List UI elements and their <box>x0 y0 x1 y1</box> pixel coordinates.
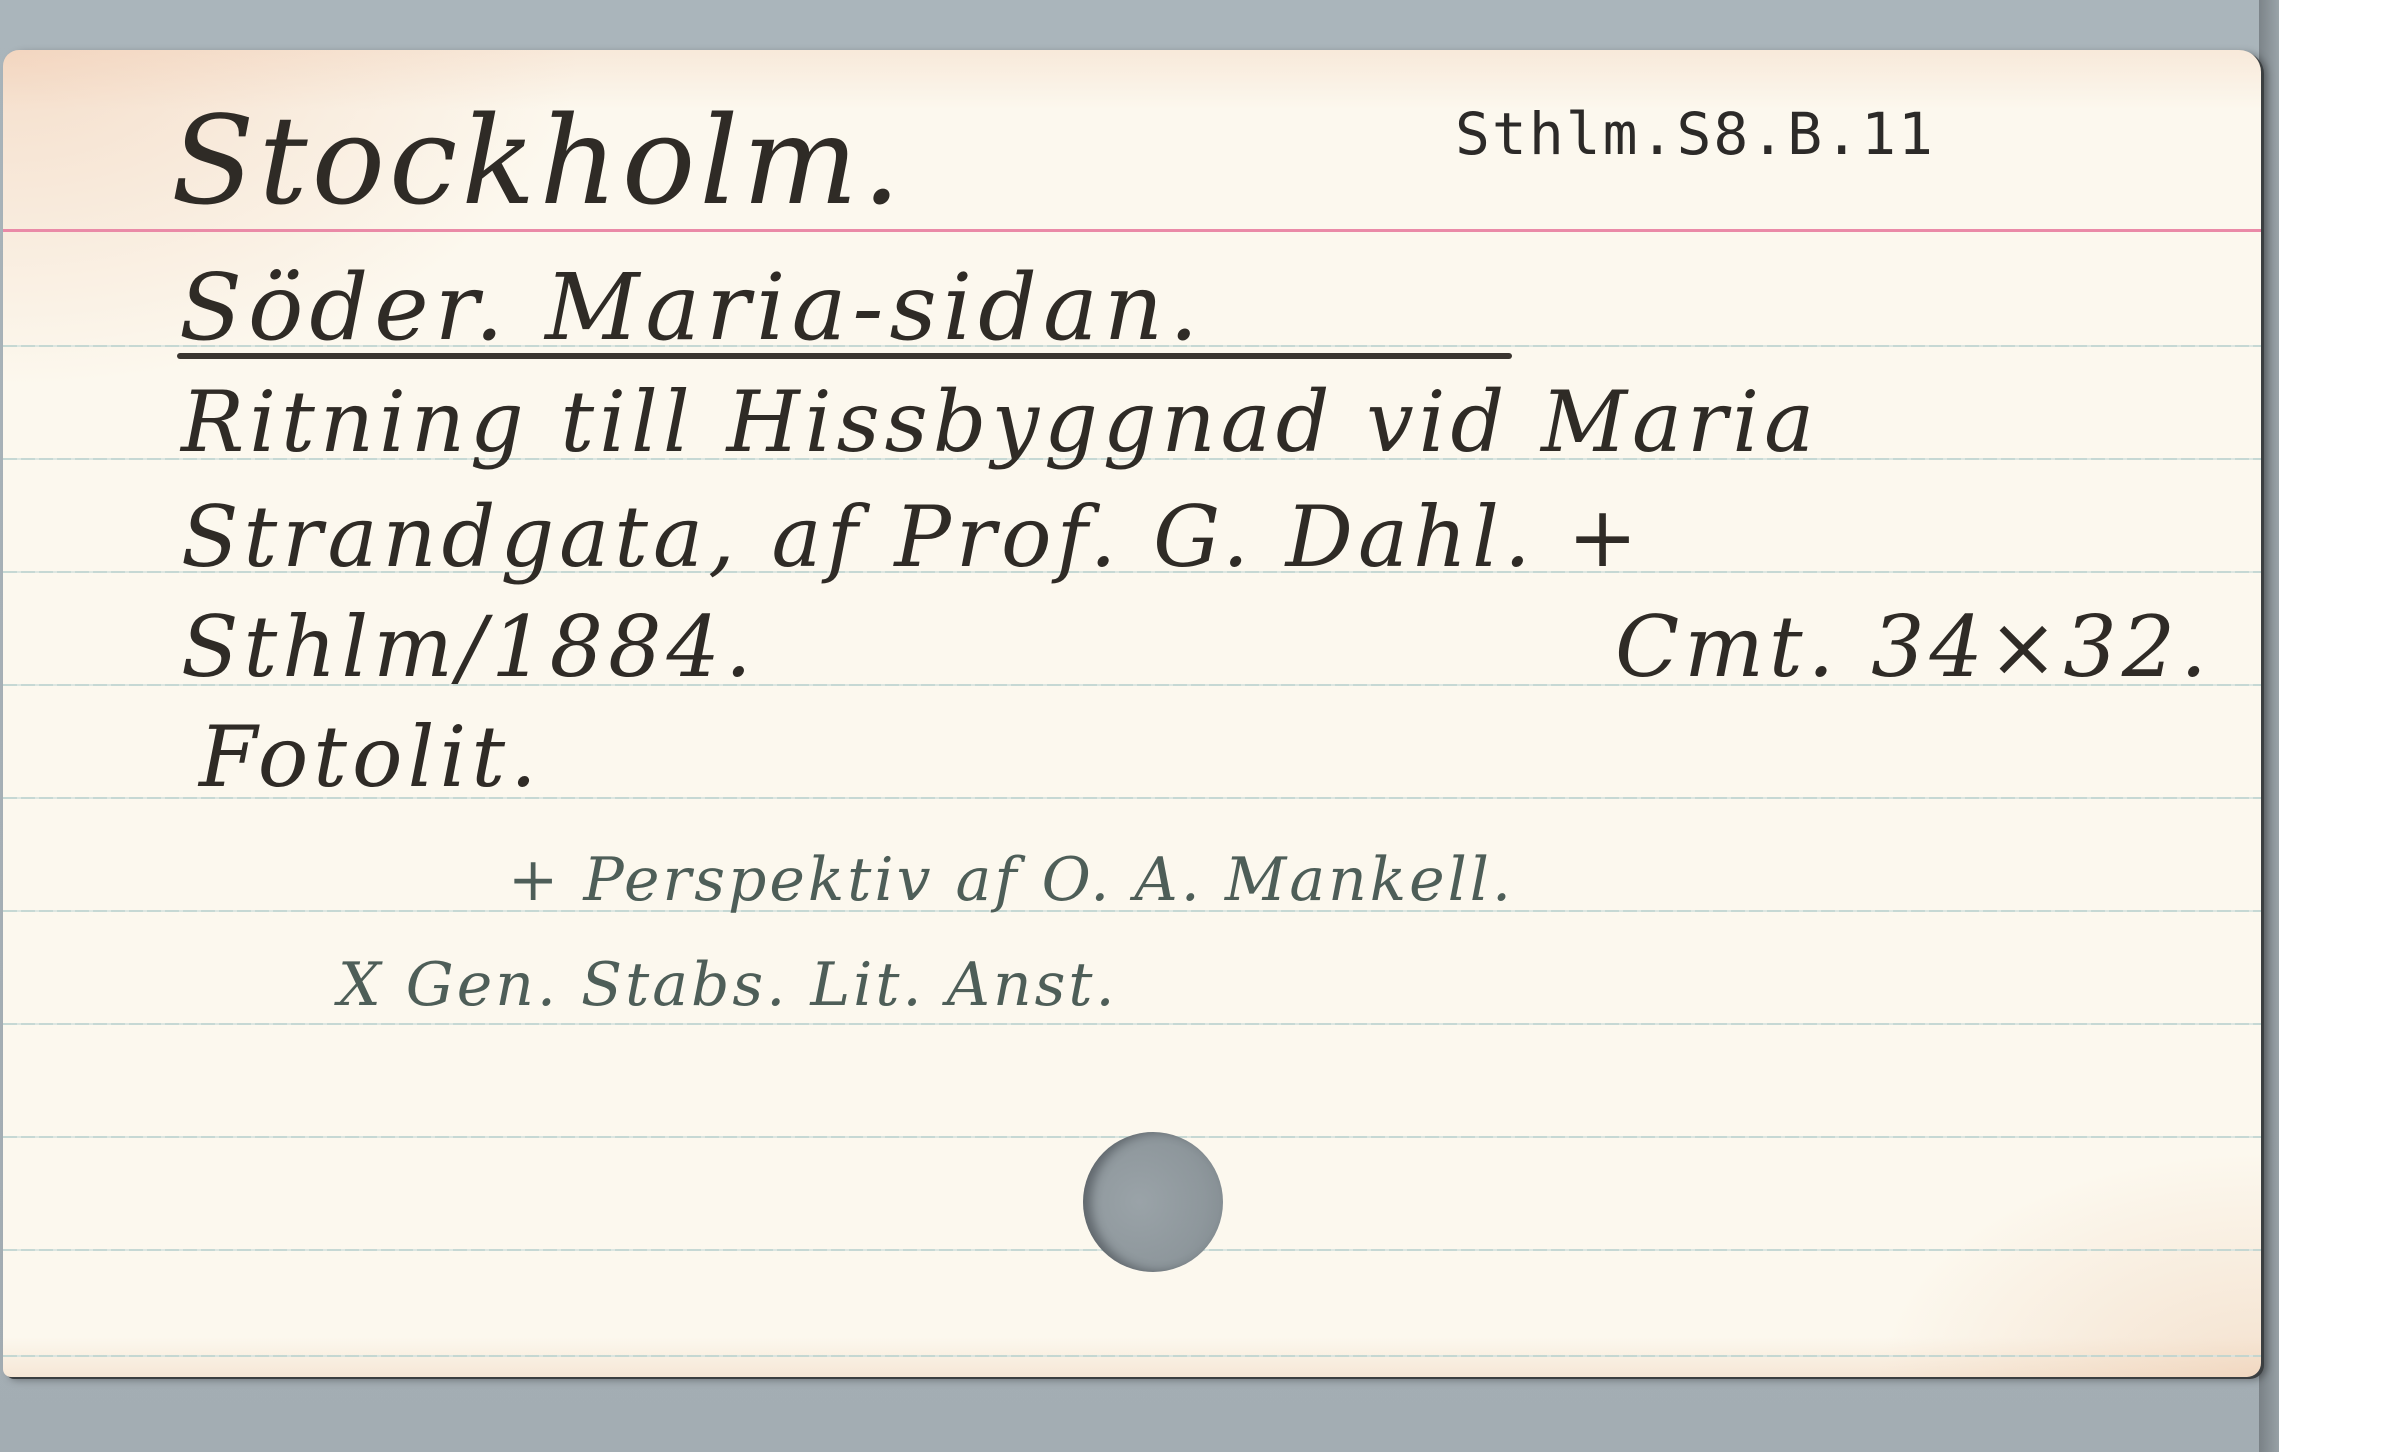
subheading-underline <box>177 353 1512 359</box>
dimensions: Cmt. 34×32. <box>1615 605 2212 689</box>
note-publisher: X Gen. Stabs. Lit. Anst. <box>338 955 1118 1015</box>
call-number: Sthlm.S8.B.11 <box>1455 100 1935 168</box>
ruled-line <box>3 1023 2261 1025</box>
card-heading: Stockholm. <box>171 100 905 222</box>
ruled-line <box>3 1355 2261 1357</box>
description-line-2: Strandgata, af Prof. G. Dahl. + <box>181 495 1643 579</box>
catalog-card: Sthlm.S8.B.11 Stockholm. Söder. Maria-si… <box>3 50 2261 1377</box>
note-perspective: + Perspektiv af O. A. Mankell. <box>508 850 1514 910</box>
description-line-1: Ritning till Hissbyggnad vid Maria <box>181 380 1819 464</box>
place-date: Sthlm/1884. <box>181 605 757 689</box>
punch-hole <box>1083 1132 1223 1272</box>
technique: Fotolit. <box>199 715 542 799</box>
card-subheading: Söder. Maria-sidan. <box>179 262 1204 354</box>
